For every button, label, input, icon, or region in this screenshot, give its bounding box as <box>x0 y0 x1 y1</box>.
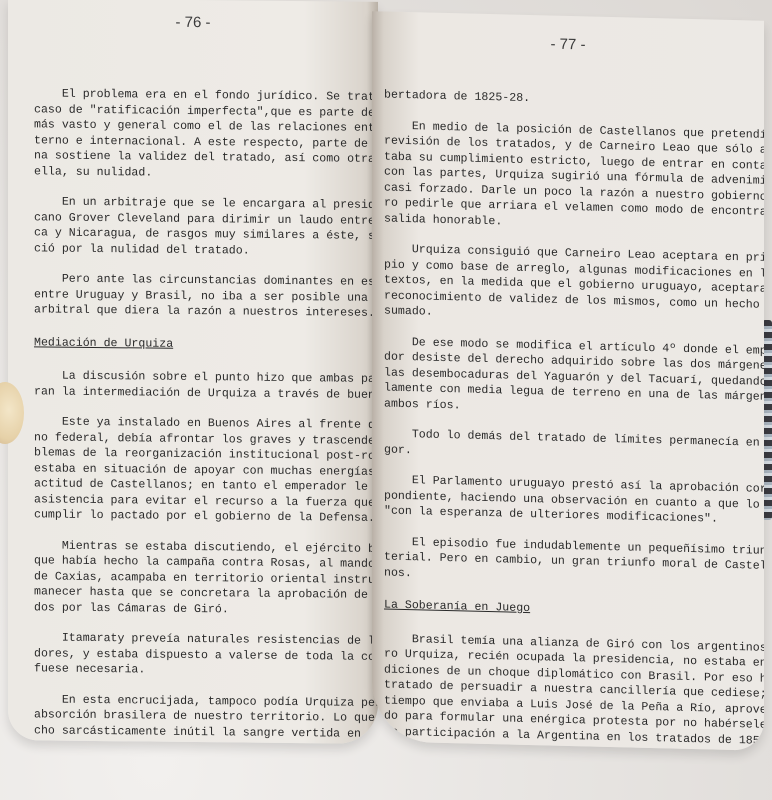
page-number-right: - 77 - <box>372 31 764 58</box>
paragraph: En esta encrucijada, tampoco podía Urqui… <box>34 692 378 743</box>
paragraph: Brasil temía una alianza de Giró con los… <box>384 631 764 750</box>
paragraph: De ese modo se modifica el artículo 4º d… <box>384 334 764 422</box>
paragraph: Urquiza consiguió que Carneiro Leao acep… <box>384 242 764 330</box>
text-line: ran la intermediación de Urquiza a travé… <box>34 384 378 404</box>
paragraph: La discusión sobre el punto hizo que amb… <box>34 368 378 403</box>
paragraph: El Parlamento uruguayo prestó así la apr… <box>384 473 764 530</box>
left-page-body: El problema era en el fondo jurídico. Se… <box>34 86 378 744</box>
text-line: arbitral que diera la razón a nuestros i… <box>34 302 378 322</box>
paragraph: El problema era en el fondo jurídico. Se… <box>34 86 378 183</box>
paragraph: Este ya instalado en Buenos Aires al fre… <box>34 414 378 527</box>
paragraph: En medio de la posición de Castellanos q… <box>384 118 764 237</box>
paragraph: Pero ante las circunstancias dominantes … <box>34 271 378 322</box>
left-page: - 76 - El problema era en el fondo juríd… <box>8 0 378 744</box>
paragraph: Mientras se estaba discutiendo, el ejérc… <box>34 538 378 620</box>
paragraph: bertadora de 1825-28. <box>384 88 764 114</box>
text-line: cumplir lo pactado por el gobierno de la… <box>34 507 378 527</box>
paragraph: En un arbitraje que se le encargara al p… <box>34 194 378 260</box>
paragraph: Todo lo demás del tratado de límites per… <box>384 427 764 468</box>
section-heading: Mediación de Urquiza <box>34 335 173 352</box>
right-page: - 77 - bertadora de 1825-28. En medio de… <box>372 11 764 751</box>
page-number-left: - 76 - <box>8 12 378 33</box>
paragraph: Itamaraty preveía naturales resistencias… <box>34 630 378 681</box>
paragraph: El episodio fue indudablemente un pequeñ… <box>384 534 764 591</box>
text-line: cho sarcásticamente inútil la sangre ver… <box>34 723 378 743</box>
right-page-body: bertadora de 1825-28. En medio de la pos… <box>384 88 764 751</box>
text-line: bertadora de 1825-28. <box>384 88 764 114</box>
section-heading: La Soberanía en Juego <box>384 598 530 617</box>
